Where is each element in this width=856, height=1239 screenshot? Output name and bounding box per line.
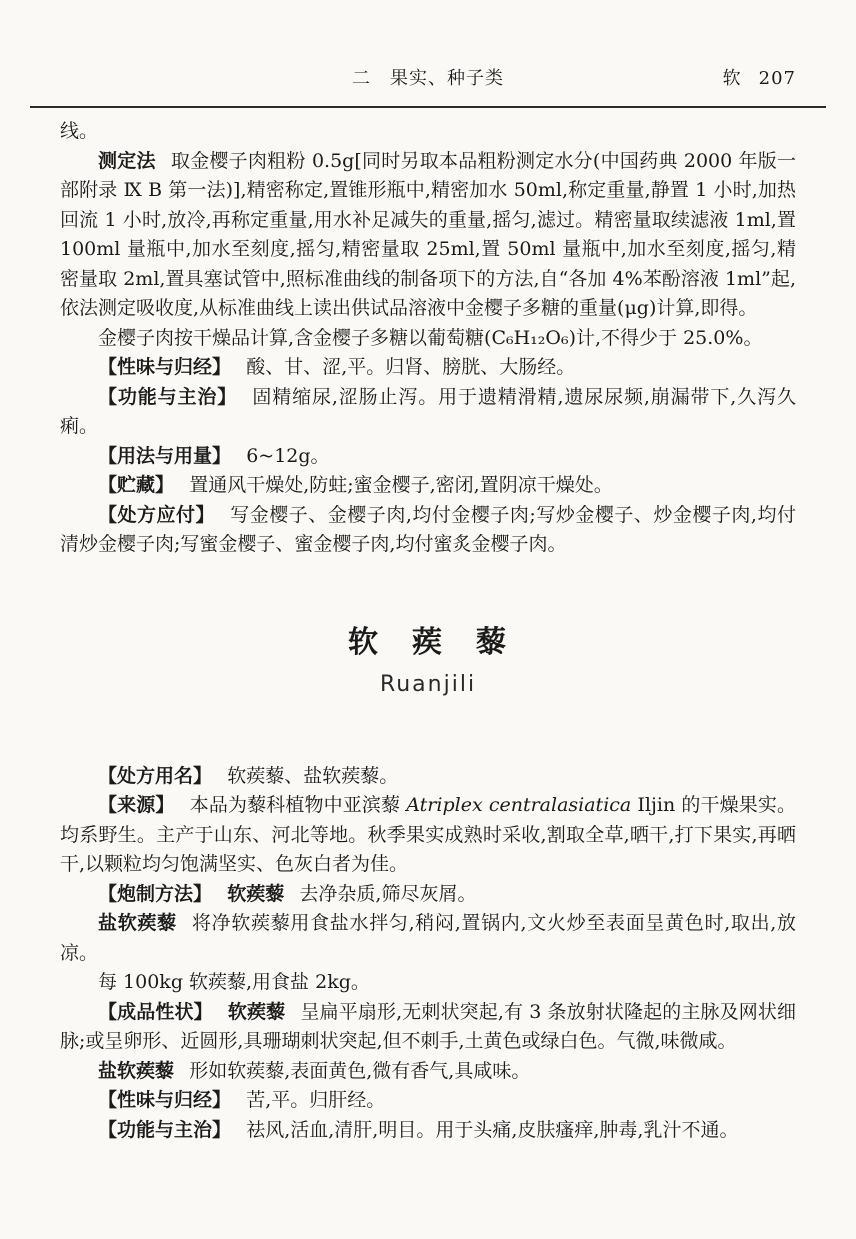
storage-label: 【贮藏】: [98, 474, 174, 496]
monograph-ruanjili: 【处方用名】软蒺藜、盐软蒺藜。 【来源】本品为藜科植物中亚滨藜 Atriplex…: [60, 762, 796, 1146]
property-meridian-text: 酸、甘、涩,平。归肾、膀胱、大肠经。: [246, 356, 575, 378]
source-paragraph: 【来源】本品为藜科植物中亚滨藜 Atriplex centralasiatica…: [60, 791, 796, 880]
processing-plain-text: 去净杂质,筛尽灰屑。: [299, 883, 476, 905]
dosage-paragraph: 【用法与用量】6~12g。: [60, 442, 796, 472]
book-page: 二 果实、种子类 软207 线。 测定法取金樱子肉粗粉 0.5g[同时另取本品粗…: [0, 0, 856, 1239]
dosage-text: 6~12g。: [246, 445, 329, 467]
salt-ratio-paragraph: 每 100kg 软蒺藜,用食盐 2kg。: [60, 968, 796, 998]
function-indication-text-2: 祛风,活血,清肝,明目。用于头痛,皮肤瘙痒,肿毒,乳汁不通。: [246, 1119, 738, 1141]
property-meridian-paragraph: 【性味与归经】酸、甘、涩,平。归肾、膀胱、大肠经。: [60, 353, 796, 383]
dosage-label: 【用法与用量】: [98, 445, 231, 467]
monograph-jinyingzi-continued: 线。 测定法取金樱子肉粗粉 0.5g[同时另取本品粗粉测定水分(中国药典 200…: [60, 117, 796, 560]
prescription-names-label: 【处方用名】: [98, 765, 212, 787]
content-requirement-paragraph: 金樱子肉按干燥品计算,含金樱子多糖以葡萄糖(C₆H₁₂O₆)计,不得少于 25.…: [60, 324, 796, 354]
processing-salt-paragraph: 盐软蒺藜将净软蒺藜用食盐水拌匀,稍闷,置锅内,文火炒至表面呈黄色时,取出,放凉。: [60, 909, 796, 968]
property-meridian-paragraph-2: 【性味与归经】苦,平。归肝经。: [60, 1086, 796, 1116]
property-meridian-label: 【性味与归经】: [98, 356, 231, 378]
function-indication-label-2: 【功能与主治】: [98, 1119, 231, 1141]
function-indication-paragraph-2: 【功能与主治】祛风,活血,清肝,明目。用于头痛,皮肤瘙痒,肿毒,乳汁不通。: [60, 1116, 796, 1146]
assay-label: 测定法: [98, 150, 156, 172]
finished-plain-sublabel: 软蒺藜: [228, 1001, 285, 1023]
header-rule: [30, 106, 826, 108]
processing-method-label: 【炮制方法】: [98, 883, 212, 905]
finished-appearance-label: 【成品性状】: [98, 1001, 213, 1023]
source-label: 【来源】: [98, 794, 175, 816]
prescription-names-text: 软蒺藜、盐软蒺藜。: [227, 765, 398, 787]
processing-plain-sublabel: 软蒺藜: [227, 883, 284, 905]
monograph-pinyin: Ruanjili: [60, 671, 796, 698]
function-indication-paragraph: 【功能与主治】固精缩尿,涩肠止泻。用于遗精滑精,遗尿尿频,崩漏带下,久泻久痢。: [60, 383, 796, 442]
processing-salt-sublabel: 盐软蒺藜: [98, 912, 177, 934]
function-indication-label: 【功能与主治】: [98, 386, 237, 408]
property-meridian-label-2: 【性味与归经】: [98, 1089, 231, 1111]
source-latin-name: Atriplex centralasiatica: [406, 794, 631, 816]
storage-text: 置通风干燥处,防蛀;蜜金樱子,密闭,置阴凉干燥处。: [189, 474, 613, 496]
finished-appearance-paragraph: 【成品性状】软蒺藜呈扁平扇形,无刺状突起,有 3 条放射状隆起的主脉及网状细脉;…: [60, 998, 796, 1057]
finished-salt-sublabel: 盐软蒺藜: [98, 1060, 174, 1082]
assay-paragraph: 测定法取金樱子肉粗粉 0.5g[同时另取本品粗粉测定水分(中国药典 2000 年…: [60, 147, 796, 324]
storage-paragraph: 【贮藏】置通风干燥处,防蛀;蜜金樱子,密闭,置阴凉干燥处。: [60, 471, 796, 501]
assay-text: 取金樱子肉粗粉 0.5g[同时另取本品粗粉测定水分(中国药典 2000 年版一部…: [60, 150, 796, 320]
processing-method-paragraph: 【炮制方法】软蒺藜去净杂质,筛尽灰屑。: [60, 880, 796, 910]
running-head-folio: 软207: [723, 68, 796, 90]
running-head: 二 果实、种子类 软207: [60, 0, 796, 90]
dispensing-paragraph: 【处方应付】写金樱子、金樱子肉,均付金樱子肉;写炒金樱子、炒金樱子肉,均付清炒金…: [60, 501, 796, 560]
property-meridian-text-2: 苦,平。归肝经。: [246, 1089, 385, 1111]
finished-salt-text: 形如软蒺藜,表面黄色,微有香气,具咸味。: [189, 1060, 530, 1082]
running-head-chapter-char: 软: [723, 68, 741, 89]
carryover-line: 线。: [60, 117, 796, 147]
dispensing-label: 【处方应付】: [98, 504, 215, 526]
page-number: 207: [759, 68, 796, 89]
monograph-title: 软 蒺 藜: [60, 624, 796, 662]
finished-salt-paragraph: 盐软蒺藜形如软蒺藜,表面黄色,微有香气,具咸味。: [60, 1057, 796, 1087]
running-head-section-title: 二 果实、种子类: [352, 68, 504, 89]
source-text-before: 本品为藜科植物中亚滨藜: [190, 794, 407, 816]
prescription-names-paragraph: 【处方用名】软蒺藜、盐软蒺藜。: [60, 762, 796, 792]
